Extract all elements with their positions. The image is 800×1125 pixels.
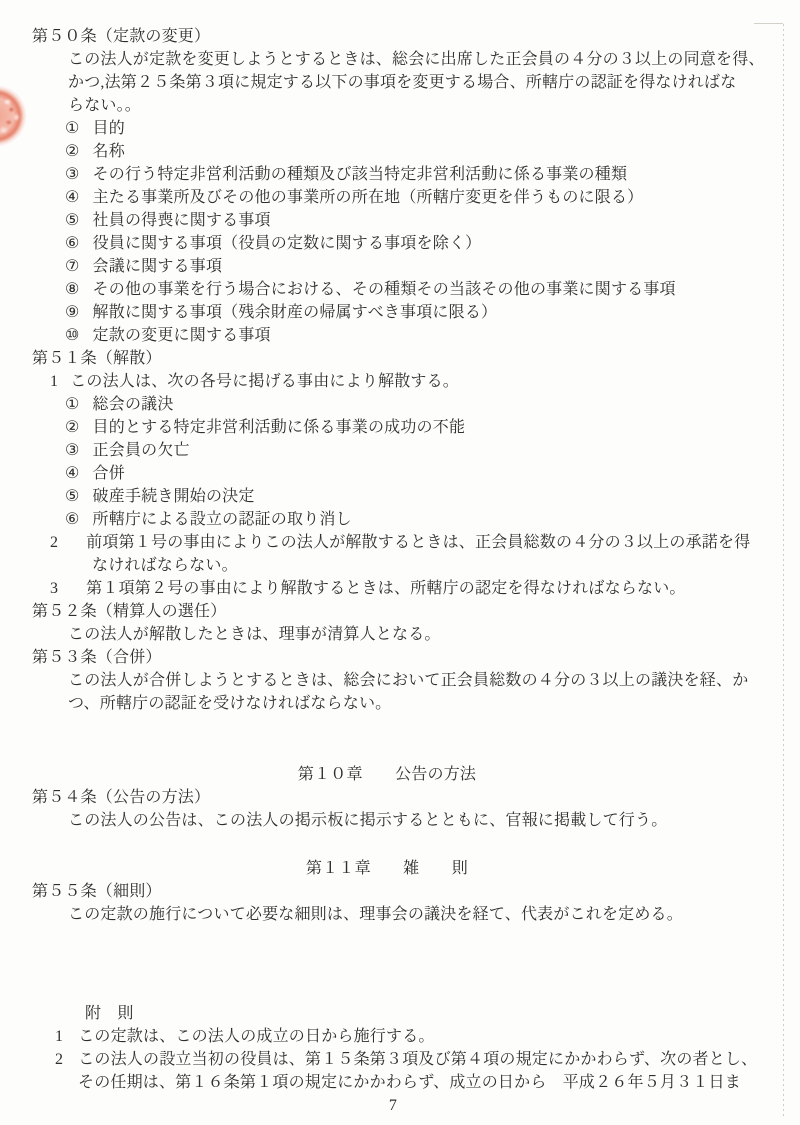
article-title: 第５３条（合併） <box>32 646 800 669</box>
item-number: ⑩ <box>65 324 80 347</box>
item-text: この法人は、次の各号に掲げる事由により解散する。 <box>70 373 459 390</box>
item-number: ① <box>65 117 80 140</box>
list-item: ③その行う特定非営利活動の種類及び該当特定非営利活動に係る事業の種類 <box>65 163 800 186</box>
item-text: 社員の得喪に関する事項 <box>93 212 271 229</box>
list-item: ②目的とする特定非営利活動に係る事業の成功の不能 <box>65 416 800 439</box>
item-text: その行う特定非営利活動の種類及び該当特定非営利活動に係る事業の種類 <box>93 166 628 183</box>
article-title: 第５０条（定款の変更） <box>32 25 800 48</box>
document-page: 第５０条（定款の変更）この法人が定款を変更しようとするときは、総会に出席した正会… <box>0 0 800 1125</box>
paragraph-continuation: なければならない。 <box>92 554 800 577</box>
article-title: 第５５条（細則） <box>32 880 800 903</box>
article-title: 第５４条（公告の方法） <box>32 786 800 809</box>
item-text: 会議に関する事項 <box>93 258 223 275</box>
item-number: 3 <box>50 580 58 597</box>
item-text: 破産手続き開始の決定 <box>93 488 255 505</box>
item-text: 総会の議決 <box>93 396 174 413</box>
list-item: ⑨解散に関する事項（残余財産の帰属すべき事項に限る） <box>65 301 800 324</box>
chapter-heading: 第１０章 公告の方法 <box>0 763 800 786</box>
item-number: 1 <box>55 1028 63 1045</box>
list-item: ⑦会議に関する事項 <box>65 255 800 278</box>
numbered-paragraph: 3第１項第２号の事由により解散するときは、所轄庁の認定を得なければならない。 <box>50 577 800 600</box>
list-item: ⑥所轄庁による設立の認証の取り消し <box>65 508 800 531</box>
clause-text-line: この法人の公告は、この法人の掲示板に掲示するとともに、官報に掲載して行う。 <box>68 809 800 832</box>
item-number: ⑧ <box>65 278 80 301</box>
item-text: この定款は、この法人の成立の日から施行する。 <box>78 1028 434 1045</box>
item-number: ① <box>65 393 80 416</box>
appendix-continuation: その任期は、第１６条第１項の規定にかかわらず、成立の日から 平成２６年５月３１日… <box>78 1071 800 1094</box>
blank-gap <box>0 832 800 857</box>
chapter-heading: 第１１章 雑 則 <box>0 857 800 880</box>
item-number: ⑨ <box>65 301 80 324</box>
item-number: ② <box>65 140 80 163</box>
list-item: ①目的 <box>65 117 800 140</box>
item-number: ② <box>65 416 80 439</box>
clause-text-line: この法人が定款を変更しようとするときは、総会に出席した正会員の４分の３以上の同意… <box>68 48 800 71</box>
numbered-paragraph: 1この法人は、次の各号に掲げる事由により解散する。 <box>50 370 800 393</box>
item-text: この法人の設立当初の役員は、第１５条第３項及び第４項の規定にかかわらず、次の者と… <box>78 1051 757 1068</box>
list-item: ②名称 <box>65 140 800 163</box>
article-title: 第５１条（解散） <box>32 347 800 370</box>
item-number: ⑥ <box>65 232 80 255</box>
item-number: ④ <box>65 186 80 209</box>
document-body: 第５０条（定款の変更）この法人が定款を変更しようとするときは、総会に出席した正会… <box>0 0 800 1117</box>
item-text: 役員に関する事項（役員の定数に関する事項を除く） <box>93 235 482 252</box>
item-number: ⑤ <box>65 209 80 232</box>
item-number: ⑤ <box>65 485 80 508</box>
item-number: ⑥ <box>65 508 80 531</box>
item-number: ③ <box>65 163 80 186</box>
clause-text-line: つ、所轄庁の認証を受けなければならない。 <box>68 692 800 715</box>
list-item: ⑤破産手続き開始の決定 <box>65 485 800 508</box>
item-text: 前項第１号の事由によりこの法人が解散するときは、正会員総数の４分の３以上の承諾を… <box>86 534 750 551</box>
item-number: ③ <box>65 439 80 462</box>
appendix-paragraph: 2この法人の設立当初の役員は、第１５条第３項及び第４項の規定にかかわらず、次の者… <box>55 1048 800 1071</box>
appendix-paragraph: 1この定款は、この法人の成立の日から施行する。 <box>55 1025 800 1048</box>
item-number: 2 <box>55 1051 63 1068</box>
item-text: 正会員の欠亡 <box>93 442 190 459</box>
list-item: ⑧その他の事業を行う場合における、その種類その当該その他の事業に関する事項 <box>65 278 800 301</box>
item-text: 所轄庁による設立の認証の取り消し <box>93 511 352 528</box>
item-text: 定款の変更に関する事項 <box>93 327 271 344</box>
list-item: ⑩定款の変更に関する事項 <box>65 324 800 347</box>
blank-gap <box>0 926 800 1002</box>
clause-text-line: この法人が合併しようとするときは、総会において正会員総数の４分の３以上の議決を経… <box>68 669 800 692</box>
numbered-paragraph: 2前項第１号の事由によりこの法人が解散するときは、正会員総数の４分の３以上の承諾… <box>50 531 800 554</box>
list-item: ④主たる事業所及びその他の事業所の所在地（所轄庁変更を伴うものに限る） <box>65 186 800 209</box>
item-text: 解散に関する事項（残余財産の帰属すべき事項に限る） <box>93 304 498 321</box>
blank-gap <box>0 715 800 763</box>
list-item: ③正会員の欠亡 <box>65 439 800 462</box>
page-number: 7 <box>0 1094 800 1117</box>
clause-text-line: かつ,法第２５条第３項に規定する以下の事項を変更する場合、所轄庁の認証を得なけれ… <box>68 71 800 94</box>
clause-text-line: らない。。 <box>68 94 800 117</box>
item-number: ④ <box>65 462 80 485</box>
item-text: 目的とする特定非営利活動に係る事業の成功の不能 <box>93 419 466 436</box>
item-number: 1 <box>50 373 58 390</box>
list-item: ⑤社員の得喪に関する事項 <box>65 209 800 232</box>
item-number: 2 <box>50 534 58 551</box>
item-number: ⑦ <box>65 255 80 278</box>
appendix-title: 附 則 <box>85 1002 800 1025</box>
item-text: 合併 <box>93 465 125 482</box>
list-item: ④合併 <box>65 462 800 485</box>
item-text: 目的 <box>93 120 125 137</box>
item-text: 名称 <box>93 143 125 160</box>
list-item: ①総会の議決 <box>65 393 800 416</box>
item-text: その他の事業を行う場合における、その種類その当該その他の事業に関する事項 <box>93 281 676 298</box>
clause-text-line: この法人が解散したときは、理事が清算人となる。 <box>68 623 800 646</box>
clause-text-line: この定款の施行について必要な細則は、理事会の議決を経て、代表がこれを定める。 <box>68 903 800 926</box>
item-text: 主たる事業所及びその他の事業所の所在地（所轄庁変更を伴うものに限る） <box>93 189 644 206</box>
article-title: 第５２条（精算人の選任） <box>32 600 800 623</box>
item-text: 第１項第２号の事由により解散するときは、所轄庁の認定を得なければならない。 <box>86 580 685 597</box>
list-item: ⑥役員に関する事項（役員の定数に関する事項を除く） <box>65 232 800 255</box>
